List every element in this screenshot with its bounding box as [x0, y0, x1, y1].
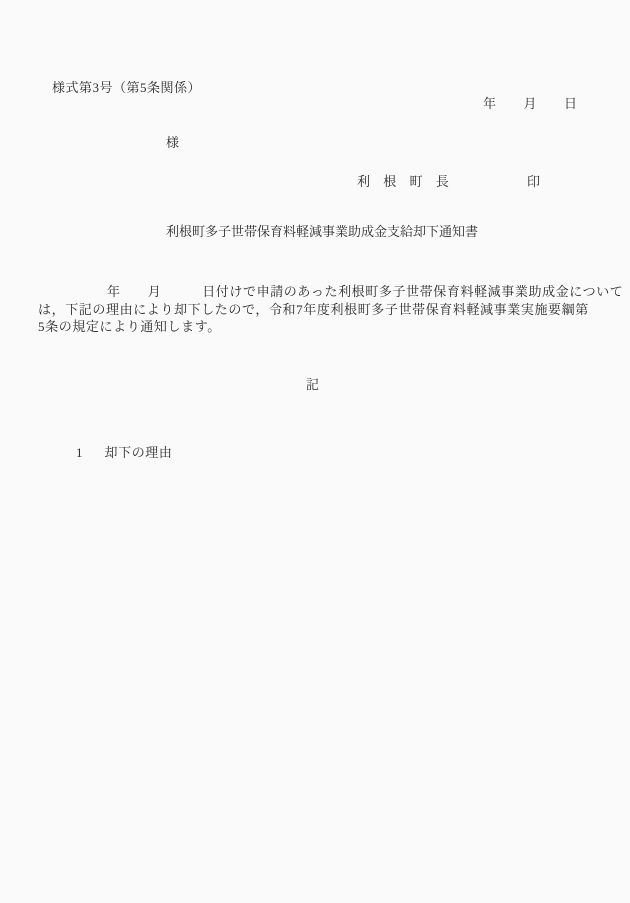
- document-page: 様式第3号（第5条関係） 年 月 日 様 利 根 町 長 印 利根町多子世帯保育…: [0, 0, 630, 903]
- item-1-number: 1: [76, 445, 83, 460]
- body-paragraph: 年 月 日付けで申請のあった利根町多子世帯保育料軽減事業助成金について は，下記…: [38, 283, 603, 336]
- item-1-row: 1却下の理由: [63, 433, 173, 472]
- sender-title: 利 根 町 長: [357, 175, 454, 188]
- addressee-honorific: 様: [166, 136, 179, 149]
- item-1-label: 却下の理由: [105, 445, 173, 460]
- document-title: 利根町多子世帯保育料軽減事業助成金支給却下通知書: [166, 225, 478, 238]
- body-line-1: 年 月 日付けで申請のあった利根町多子世帯保育料軽減事業助成金について: [38, 283, 603, 301]
- record-heading: 記: [306, 378, 319, 391]
- seal-mark: 印: [527, 175, 540, 188]
- body-line-3: 5条の規定により通知します。: [38, 318, 603, 336]
- form-number-label: 様式第3号（第5条関係）: [52, 81, 201, 94]
- body-line-2: は，下記の理由により却下したので，令和7年度利根町多子世帯保育料軽減事業実施要綱…: [38, 301, 603, 319]
- date-blank-line: 年 月 日: [483, 97, 578, 110]
